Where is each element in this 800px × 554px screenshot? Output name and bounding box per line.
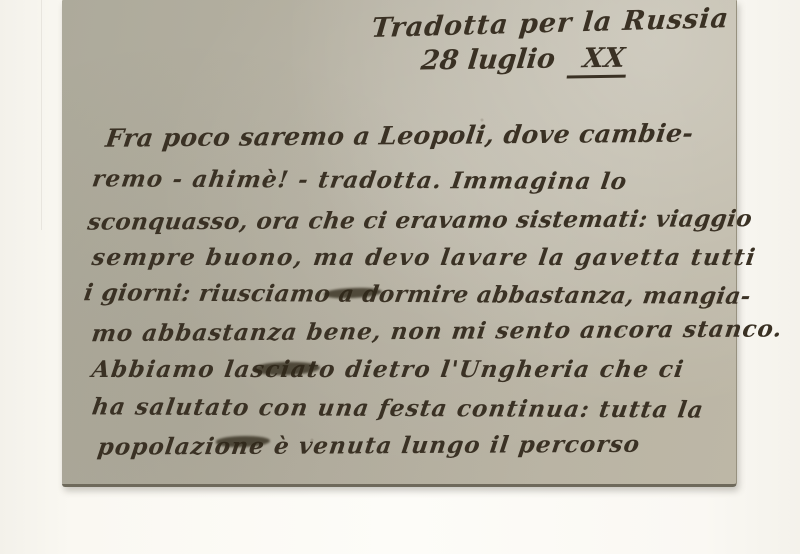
handwritten-message: Fra poco saremo a Leopoli, dove cambie- … (92, 112, 732, 464)
handwritten-line: ha salutato con una festa continua: tutt… (90, 388, 735, 428)
handwritten-line: mo abbastanza bene, non mi sento ancora … (89, 311, 735, 352)
handwritten-line: sconquasso, ora che ci eravamo sistemati… (85, 200, 734, 240)
postcard: Tradotta per la Russia 28 luglioXX Fra p… (62, 0, 737, 487)
handwritten-line: Abbiamo lasciato dietro l'Ungheria che c… (89, 350, 735, 390)
scanned-postcard-photo: { "colors": { "scanner_bed": "#fbf9f4", … (0, 0, 800, 554)
dateline-date: 28 luglioXX (419, 41, 734, 80)
dateline: Tradotta per la Russia 28 luglioXX (371, 3, 733, 84)
handwritten-line: remo - ahimè! - tradotta. Immagina lo (89, 158, 735, 203)
dateline-date-prefix: 28 luglio (419, 44, 556, 77)
scanner-bed-crease (41, 0, 42, 230)
dateline-location: Tradotta per la Russia (370, 3, 733, 44)
handwritten-line: sempre buono, ma devo lavare la gavetta … (89, 239, 734, 276)
handwritten-line: i giorni: riusciamo a dormire abbastanza… (82, 274, 735, 314)
dateline-date-year: XX (567, 43, 630, 79)
handwritten-line: popolazione è venuta lungo il percorso (95, 425, 734, 465)
handwritten-line: Fra poco saremo a Leopoli, dove cambie- (102, 109, 735, 162)
